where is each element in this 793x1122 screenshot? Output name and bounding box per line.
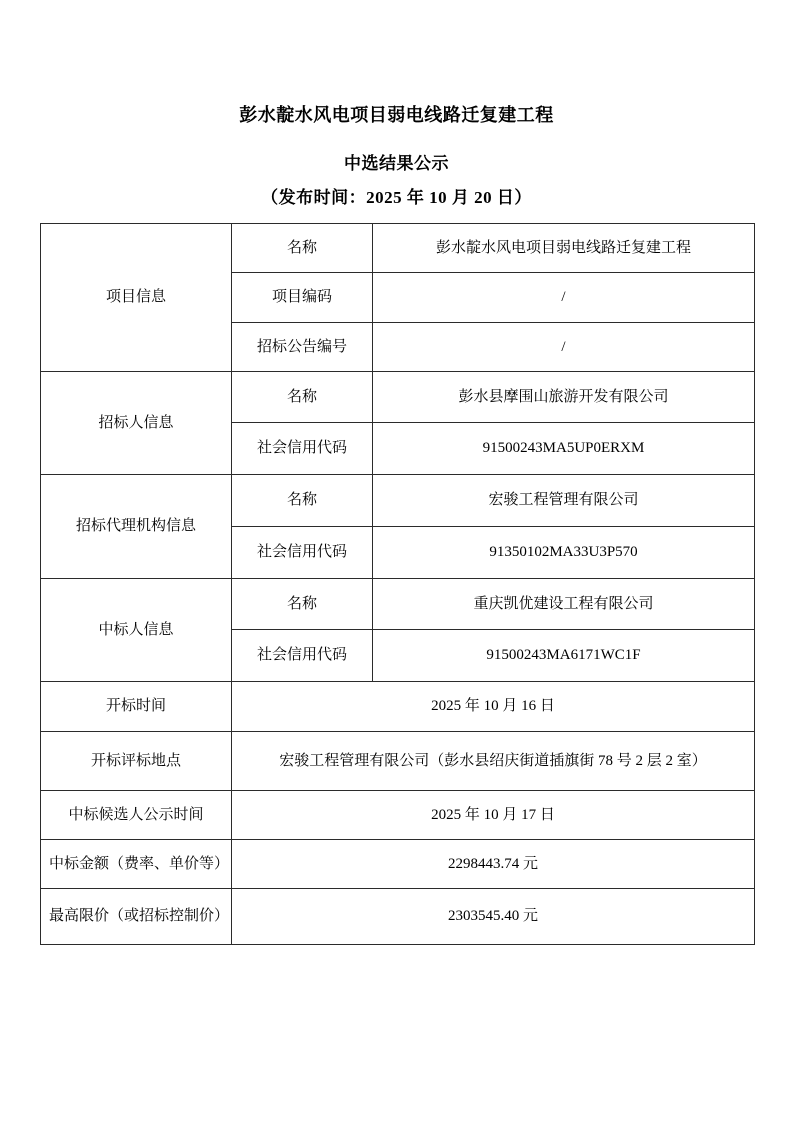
row-label-cell: 中标金额（费率、单价等） — [41, 839, 232, 888]
field-key-cell: 名称 — [232, 578, 373, 629]
field-key-cell: 名称 — [232, 223, 373, 272]
field-value-cell: / — [373, 272, 755, 322]
document-subtitle: 中选结果公示 — [0, 154, 793, 174]
field-value-cell: 彭水靛水风电项目弱电线路迁复建工程 — [373, 223, 755, 272]
table-row: 开标时间 2025 年 10 月 16 日 — [41, 681, 755, 731]
row-value-cell: 2025 年 10 月 16 日 — [232, 681, 755, 731]
row-value-cell: 2303545.40 元 — [232, 888, 755, 944]
row-label-cell: 最高限价（或招标控制价） — [41, 888, 232, 944]
field-value-cell: 重庆凯优建设工程有限公司 — [373, 578, 755, 629]
field-key-cell: 社会信用代码 — [232, 422, 373, 474]
field-value-cell: 91500243MA5UP0ERXM — [373, 422, 755, 474]
publish-date-line: （发布时间：2025 年 10 月 20 日） — [0, 188, 793, 208]
field-value-cell: 宏骏工程管理有限公司 — [373, 474, 755, 526]
table-row: 最高限价（或招标控制价） 2303545.40 元 — [41, 888, 755, 944]
field-key-cell: 名称 — [232, 371, 373, 422]
result-table: 项目信息 名称 彭水靛水风电项目弱电线路迁复建工程 项目编码 / 招标公告编号 … — [40, 223, 755, 945]
table-row: 招标代理机构信息 名称 宏骏工程管理有限公司 — [41, 474, 755, 526]
field-key-cell: 招标公告编号 — [232, 322, 373, 371]
field-key-cell: 项目编码 — [232, 272, 373, 322]
group-label-cell: 招标代理机构信息 — [41, 474, 232, 578]
field-key-cell: 社会信用代码 — [232, 629, 373, 681]
table-row: 中标金额（费率、单价等） 2298443.74 元 — [41, 839, 755, 888]
field-value-cell: 91500243MA6171WC1F — [373, 629, 755, 681]
table-row: 招标人信息 名称 彭水县摩围山旅游开发有限公司 — [41, 371, 755, 422]
row-label-cell: 开标时间 — [41, 681, 232, 731]
group-label-cell: 项目信息 — [41, 223, 232, 371]
field-key-cell: 社会信用代码 — [232, 526, 373, 578]
row-value-cell: 2298443.74 元 — [232, 839, 755, 888]
table-row: 中标人信息 名称 重庆凯优建设工程有限公司 — [41, 578, 755, 629]
table-row: 项目信息 名称 彭水靛水风电项目弱电线路迁复建工程 — [41, 223, 755, 272]
row-label-cell: 中标候选人公示时间 — [41, 790, 232, 839]
document-title: 彭水靛水风电项目弱电线路迁复建工程 — [0, 0, 793, 126]
field-key-cell: 名称 — [232, 474, 373, 526]
group-label-cell: 招标人信息 — [41, 371, 232, 474]
table-row: 中标候选人公示时间 2025 年 10 月 17 日 — [41, 790, 755, 839]
field-value-cell: 91350102MA33U3P570 — [373, 526, 755, 578]
table-row: 开标评标地点 宏骏工程管理有限公司（彭水县绍庆街道插旗街 78 号 2 层 2 … — [41, 731, 755, 790]
row-value-cell: 宏骏工程管理有限公司（彭水县绍庆街道插旗街 78 号 2 层 2 室） — [232, 731, 755, 790]
field-value-cell: / — [373, 322, 755, 371]
row-value-cell: 2025 年 10 月 17 日 — [232, 790, 755, 839]
document-page: 彭水靛水风电项目弱电线路迁复建工程 中选结果公示 （发布时间：2025 年 10… — [0, 0, 793, 1122]
field-value-cell: 彭水县摩围山旅游开发有限公司 — [373, 371, 755, 422]
group-label-cell: 中标人信息 — [41, 578, 232, 681]
row-label-cell: 开标评标地点 — [41, 731, 232, 790]
